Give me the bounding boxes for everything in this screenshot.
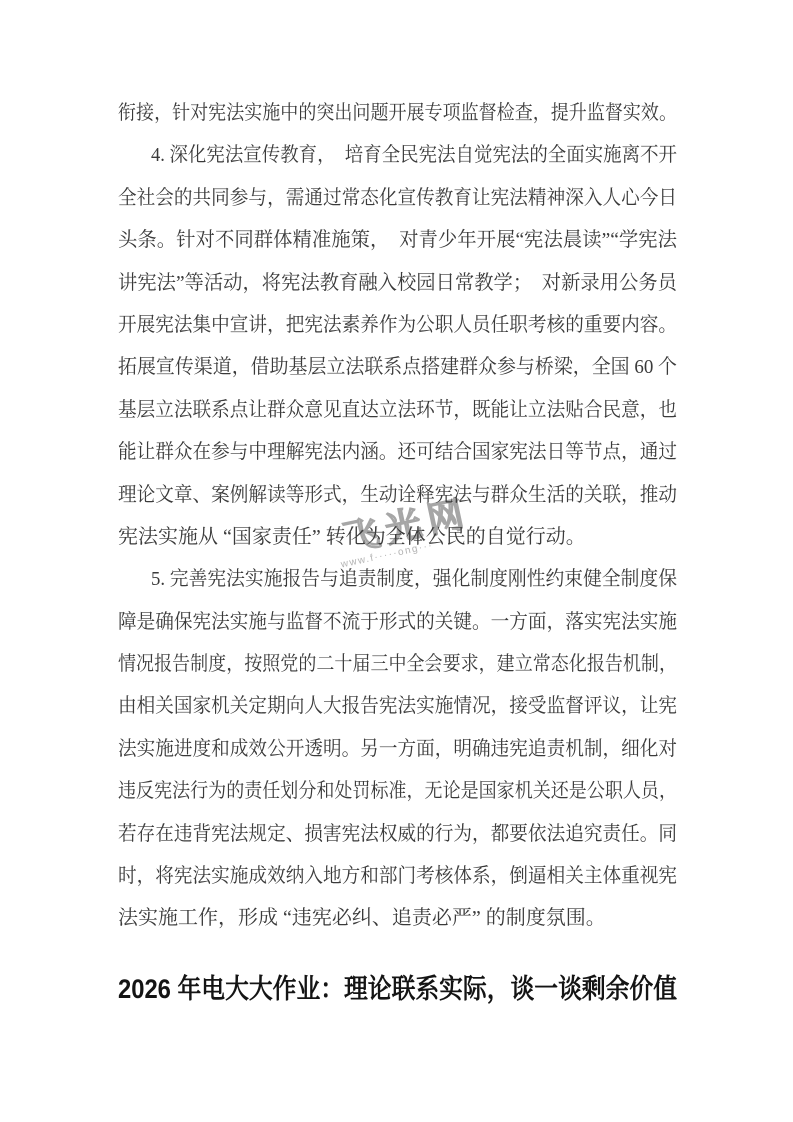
text-line-content: 时，将宪法实施成效纳入地方和部门考核体系，倒逼相关主体重视宪: [118, 855, 677, 897]
text-line-content: 拓展宣传渠道，借助基层立法联系点搭建群众参与桥梁，全国 60 个: [118, 346, 677, 388]
text-line-content: 头条。针对不同群体精准施策， 对青少年开展“宪法晨读”“学宪法: [118, 219, 677, 261]
text-line: 拓展宣传渠道，借助基层立法联系点搭建群众参与桥梁，全国 60 个: [118, 346, 677, 388]
text-line: 情况报告制度，按照党的二十届三中全会要求，建立常态化报告机制，: [118, 643, 677, 685]
text-line-content: 法实施工作，形成 “违宪必纠、追责必严” 的制度氛围。: [118, 897, 606, 939]
text-line: 法实施工作，形成 “违宪必纠、追责必严” 的制度氛围。: [118, 897, 677, 939]
text-line: 时，将宪法实施成效纳入地方和部门考核体系，倒逼相关主体重视宪: [118, 855, 677, 897]
text-line: 理论文章、案例解读等形式，生动诠释宪法与群众生活的关联，推动: [118, 474, 677, 516]
text-line: 宪法实施从 “国家责任” 转化为全体公民的自觉行动。: [118, 516, 677, 558]
document-page: 飞光网 www.f·····ong··· 衔接，针对宪法实施中的突出问题开展专项…: [0, 0, 793, 1122]
text-line-content: 衔接，针对宪法实施中的突出问题开展专项监督检查，提升监督实效。: [118, 92, 677, 134]
text-line-content: 违反宪法行为的责任划分和处罚标准，无论是国家机关还是公职人员，: [118, 770, 677, 812]
text-line: 头条。针对不同群体精准施策， 对青少年开展“宪法晨读”“学宪法: [118, 219, 677, 261]
text-line-content: 开展宪法集中宣讲，把宪法素养作为公职人员任职考核的重要内容。: [118, 304, 677, 346]
text-line: 讲宪法”等活动，将宪法教育融入校园日常教学； 对新录用公务员: [118, 262, 677, 304]
text-line-content: 法实施进度和成效公开透明。另一方面，明确违宪追责机制，细化对: [118, 728, 677, 770]
text-line: 违反宪法行为的责任划分和处罚标准，无论是国家机关还是公职人员，: [118, 770, 677, 812]
document-body: 衔接，针对宪法实施中的突出问题开展专项监督检查，提升监督实效。4. 深化宪法宣传…: [118, 0, 677, 1013]
text-line-content: 基层立法联系点让群众意见直达立法环节，既能让立法贴合民意，也: [118, 389, 677, 431]
text-line-content: 讲宪法”等活动，将宪法教育融入校园日常教学； 对新录用公务员: [118, 262, 677, 304]
text-line-content: 理论文章、案例解读等形式，生动诠释宪法与群众生活的关联，推动: [118, 474, 677, 516]
section-heading: 2026 年电大大作业：理论联系实际，谈一谈剩余价值: [118, 965, 677, 1013]
text-line-content: 4. 深化宪法宣传教育， 培育全民宪法自觉宪法的全面实施离不开: [151, 134, 677, 176]
text-line-content: 障是确保宪法实施与监督不流于形式的关键。一方面，落实宪法实施: [118, 601, 677, 643]
text-line: 若存在违背宪法规定、损害宪法权威的行为，都要依法追究责任。同: [118, 813, 677, 855]
text-line-content: 若存在违背宪法规定、损害宪法权威的行为，都要依法追究责任。同: [118, 813, 677, 855]
text-line-content: 能让群众在参与中理解宪法内涵。还可结合国家宪法日等节点，通过: [118, 431, 677, 473]
section-heading-text: 2026 年电大大作业：理论联系实际，谈一谈剩余价值: [118, 965, 677, 1013]
text-line: 由相关国家机关定期向人大报告宪法实施情况，接受监督评议，让宪: [118, 685, 677, 727]
text-line-content: 全社会的共同参与，需通过常态化宣传教育让宪法精神深入人心今日: [118, 177, 677, 219]
text-line-content: 情况报告制度，按照党的二十届三中全会要求，建立常态化报告机制，: [118, 643, 677, 685]
text-line: 法实施进度和成效公开透明。另一方面，明确违宪追责机制，细化对: [118, 728, 677, 770]
text-line-content: 宪法实施从 “国家责任” 转化为全体公民的自觉行动。: [118, 516, 586, 558]
text-line: 能让群众在参与中理解宪法内涵。还可结合国家宪法日等节点，通过: [118, 431, 677, 473]
text-line: 5. 完善宪法实施报告与追责制度，强化制度刚性约束健全制度保: [118, 558, 677, 600]
text-line: 基层立法联系点让群众意见直达立法环节，既能让立法贴合民意，也: [118, 389, 677, 431]
text-line: 衔接，针对宪法实施中的突出问题开展专项监督检查，提升监督实效。: [118, 92, 677, 134]
text-line: 障是确保宪法实施与监督不流于形式的关键。一方面，落实宪法实施: [118, 601, 677, 643]
text-line-content: 由相关国家机关定期向人大报告宪法实施情况，接受监督评议，让宪: [118, 685, 677, 727]
text-line: 4. 深化宪法宣传教育， 培育全民宪法自觉宪法的全面实施离不开: [118, 134, 677, 176]
paragraph-lines: 衔接，针对宪法实施中的突出问题开展专项监督检查，提升监督实效。4. 深化宪法宣传…: [118, 92, 677, 940]
text-line: 全社会的共同参与，需通过常态化宣传教育让宪法精神深入人心今日: [118, 177, 677, 219]
text-line: 开展宪法集中宣讲，把宪法素养作为公职人员任职考核的重要内容。: [118, 304, 677, 346]
text-line-content: 5. 完善宪法实施报告与追责制度，强化制度刚性约束健全制度保: [151, 558, 677, 600]
